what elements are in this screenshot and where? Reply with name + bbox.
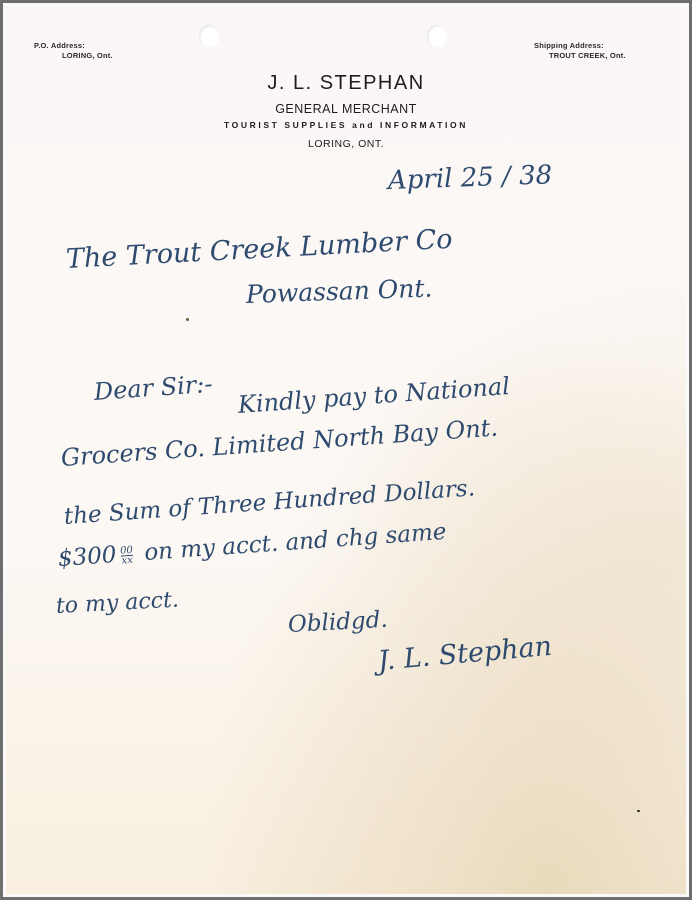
scan-frame: P.O. Address: LORING, Ont. Shipping Addr… [3,3,689,897]
letter-page: P.O. Address: LORING, Ont. Shipping Addr… [6,6,686,894]
salutation: Dear Sir:- [93,370,213,406]
recipient-location: Powassan Ont. [245,274,432,309]
closing: Oblidgd. [287,607,388,638]
body-line: Kindly pay to National [237,372,511,419]
amount-line: $30000xx on my acct. and chg same [57,519,447,572]
signature: J. L. Stephan [377,631,554,677]
paper-speck [186,318,189,321]
cents-denominator: xx [120,555,133,565]
paper-speck [637,810,640,812]
amount-cents: 00xx [120,545,134,565]
business-tagline: TOURIST SUPPLIES and INFORMATION [6,120,686,130]
shipping-address-label: Shipping Address: [534,41,626,51]
letter-date: April 25 / 38 [387,160,552,196]
shipping-address: Shipping Address: TROUT CREEK, Ont. [534,41,626,61]
shipping-address-value: TROUT CREEK, Ont. [534,51,626,61]
recipient-name: The Trout Creek Lumber Co [65,224,453,275]
amount-whole: 300 [72,542,118,571]
po-address-label: P.O. Address: [34,41,113,51]
business-trade: GENERAL MERCHANT [6,102,686,116]
business-name: J. L. STEPHAN [6,72,686,95]
business-location: LORING, ONT. [6,138,686,150]
po-address: P.O. Address: LORING, Ont. [34,41,113,61]
punch-hole-right [427,25,447,48]
body-line: on my acct. and chg same [143,519,447,566]
po-address-value: LORING, Ont. [34,51,113,61]
body-line: to my acct. [55,588,179,619]
punch-hole-left [199,25,219,48]
body-line: Grocers Co. Limited North Bay Ont. [60,413,499,471]
